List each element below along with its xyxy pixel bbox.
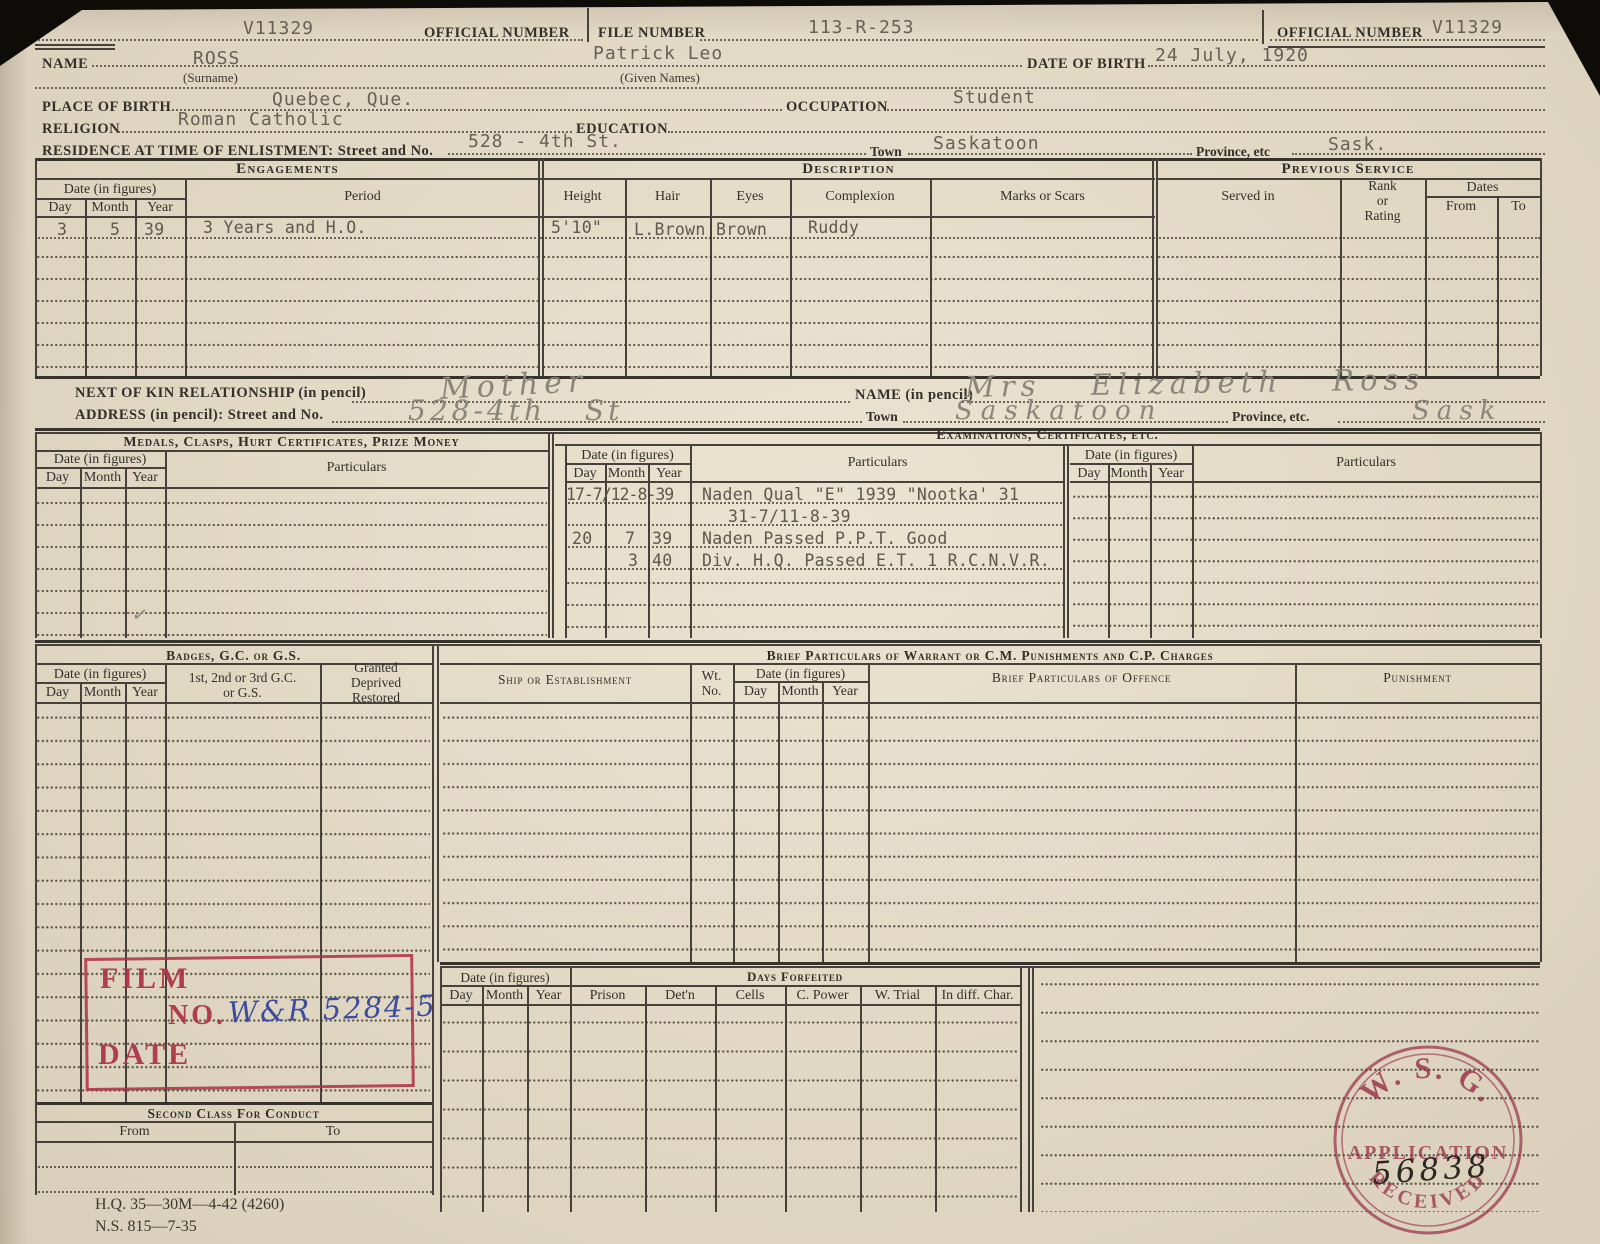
table-border bbox=[1067, 444, 1069, 638]
day-header: Day bbox=[35, 470, 80, 486]
rule bbox=[1070, 463, 1192, 465]
empty-rows bbox=[542, 246, 1154, 376]
rule bbox=[733, 681, 868, 683]
table-border bbox=[35, 1102, 37, 1195]
day-header: Day bbox=[35, 685, 80, 701]
height-value: 5'10" bbox=[551, 218, 602, 237]
day-header: Day bbox=[733, 684, 778, 700]
dotted-line bbox=[1270, 39, 1545, 41]
month-header: Month bbox=[605, 466, 648, 482]
film-stamp-date-label: DATE bbox=[98, 1038, 191, 1072]
days-date-header: Date (in figures) bbox=[440, 970, 570, 986]
month-header: Month bbox=[80, 470, 125, 486]
to-header: To bbox=[234, 1124, 432, 1140]
official-number-right-value: V11329 bbox=[1432, 17, 1503, 38]
empty-rows bbox=[1157, 246, 1540, 376]
table-border bbox=[1063, 444, 1065, 638]
wsg-stamp: W. S. G. APPLICATION RECEIVED bbox=[1328, 1040, 1528, 1240]
file-number-value: 113-R-253 bbox=[808, 17, 915, 38]
scanned-service-record: V11329 OFFICIAL NUMBER FILE NUMBER 113-R… bbox=[0, 0, 1600, 1244]
wt-no-header: Wt. No. bbox=[690, 668, 733, 698]
year-header: Year bbox=[822, 684, 868, 700]
in-diff-char-header: In diff. Char. bbox=[935, 988, 1020, 1004]
dotted-line bbox=[1156, 237, 1540, 239]
rule bbox=[35, 487, 548, 489]
divider bbox=[1262, 10, 1264, 44]
wsg-stamp-top-text: W. S. G. bbox=[1354, 1052, 1503, 1111]
occupation-value: Student bbox=[953, 87, 1036, 108]
days-forfeited-title: Days Forfeited bbox=[570, 969, 1020, 985]
complexion-value: Ruddy bbox=[808, 218, 859, 237]
empty-rows bbox=[1072, 486, 1538, 638]
table-border bbox=[432, 644, 434, 1195]
table-border bbox=[1020, 966, 1022, 1212]
table-border bbox=[1540, 432, 1542, 638]
nok-address-label: ADDRESS (in pencil): Street and No. bbox=[75, 407, 323, 424]
exam-date-header: Date (in figures) bbox=[565, 448, 690, 464]
day-header: Day bbox=[35, 200, 85, 216]
dotted-line bbox=[668, 131, 1545, 133]
rule bbox=[35, 467, 165, 469]
badges-granted-header: Granted Deprived Restored bbox=[320, 660, 432, 705]
prison-header: Prison bbox=[570, 988, 645, 1004]
form-number-line2: N.S. 815—7-35 bbox=[95, 1218, 197, 1236]
year-header: Year bbox=[125, 470, 165, 486]
year-header: Year bbox=[527, 988, 570, 1004]
to-header: To bbox=[1497, 199, 1540, 215]
empty-rows bbox=[442, 706, 1538, 960]
religion-value: Roman Catholic bbox=[178, 109, 344, 130]
year-header: Year bbox=[125, 685, 165, 701]
rule bbox=[35, 644, 1540, 646]
rule bbox=[565, 463, 690, 465]
badges-date-header: Date (in figures) bbox=[35, 667, 165, 683]
form-number-line1: H.Q. 35—30M—4-42 (4260) bbox=[95, 1196, 284, 1214]
dotted-line bbox=[565, 546, 1065, 548]
rule bbox=[1268, 46, 1545, 48]
given-names-value: Patrick Leo bbox=[593, 43, 723, 64]
rule bbox=[1070, 481, 1540, 483]
date-of-birth-label: DATE OF BIRTH bbox=[1027, 56, 1146, 73]
punishment-header: Punishment bbox=[1295, 670, 1540, 686]
film-stamp-no-label: NO. bbox=[168, 1000, 226, 1032]
detention-header: Det'n bbox=[645, 988, 715, 1004]
rule bbox=[440, 985, 570, 987]
empty-rows bbox=[36, 492, 547, 638]
film-number-value: W&R 5284-5 bbox=[227, 988, 437, 1029]
given-names-caption: (Given Names) bbox=[620, 70, 700, 86]
rank-header: Rank or Rating bbox=[1340, 178, 1425, 223]
year-header: Year bbox=[135, 200, 185, 216]
rule bbox=[565, 481, 1065, 483]
svg-text:W. S. G.: W. S. G. bbox=[1354, 1052, 1503, 1111]
nok-relationship-label: NEXT OF KIN RELATIONSHIP (in pencil) bbox=[75, 385, 366, 402]
dotted-line bbox=[540, 237, 1155, 239]
paper-sheet: V11329 OFFICIAL NUMBER FILE NUMBER 113-R… bbox=[0, 0, 1600, 1244]
divider bbox=[587, 8, 589, 42]
dotted-line bbox=[35, 1191, 432, 1193]
rule bbox=[440, 966, 1540, 968]
description-title: Description bbox=[542, 161, 1155, 178]
dates-header: Dates bbox=[1425, 180, 1540, 196]
marks-header: Marks or Scars bbox=[930, 189, 1155, 205]
residence-value: 528 - 4th St. bbox=[468, 131, 622, 152]
month-header: Month bbox=[80, 685, 125, 701]
month-header: Month bbox=[1108, 466, 1150, 482]
dotted-line bbox=[565, 568, 1065, 570]
medals-date-header: Date (in figures) bbox=[35, 452, 165, 468]
complexion-header: Complexion bbox=[790, 189, 930, 205]
served-in-header: Served in bbox=[1156, 189, 1340, 205]
dotted-line bbox=[35, 1166, 432, 1168]
engagements-date-header: Date (in figures) bbox=[35, 182, 185, 198]
table-border bbox=[437, 644, 439, 962]
engagements-title: Engagements bbox=[35, 161, 540, 178]
rule bbox=[440, 702, 1540, 704]
hair-header: Hair bbox=[625, 189, 710, 205]
rule bbox=[540, 178, 1155, 180]
month-header: Month bbox=[482, 988, 527, 1004]
table-border bbox=[1152, 158, 1154, 376]
table-border bbox=[1032, 966, 1034, 1212]
occupation-label: OCCUPATION bbox=[786, 99, 888, 116]
dotted-line bbox=[35, 237, 540, 239]
table-border bbox=[1028, 966, 1030, 1212]
dotted-line bbox=[908, 153, 1192, 155]
year-header: Year bbox=[648, 466, 690, 482]
table-border bbox=[548, 432, 550, 638]
file-number-label: FILE NUMBER bbox=[598, 25, 705, 42]
exam-particulars-header: Particulars bbox=[690, 455, 1065, 471]
w-trial-header: W. Trial bbox=[860, 988, 935, 1004]
rule bbox=[35, 682, 165, 684]
exam-particulars-header: Particulars bbox=[1192, 455, 1540, 471]
from-header: From bbox=[35, 1124, 234, 1140]
dotted-line bbox=[884, 109, 1545, 111]
rule bbox=[440, 962, 1540, 965]
nok-address-value: 528-4th St bbox=[408, 394, 623, 427]
official-number-value: V11329 bbox=[243, 18, 314, 39]
rule bbox=[35, 48, 115, 50]
day-header: Day bbox=[565, 466, 605, 482]
dotted-line bbox=[565, 502, 1065, 504]
badges-gc-header: 1st, 2nd or 3rd G.C. or G.S. bbox=[165, 670, 320, 700]
empty-rows bbox=[442, 1008, 1018, 1212]
official-number-label: OFFICIAL NUMBER bbox=[424, 25, 570, 42]
dotted-line bbox=[700, 39, 1258, 41]
from-header: From bbox=[1425, 199, 1497, 215]
month-header: Month bbox=[778, 684, 822, 700]
dotted-line bbox=[1148, 65, 1545, 67]
place-of-birth-label: PLACE OF BIRTH bbox=[42, 99, 171, 116]
period-header: Period bbox=[185, 189, 540, 205]
column-line bbox=[234, 1121, 236, 1195]
film-stamp-film-label: FILM bbox=[100, 962, 190, 996]
rule bbox=[35, 44, 115, 46]
name-label: NAME bbox=[42, 56, 88, 73]
nok-town-label: Town bbox=[866, 409, 898, 425]
dotted-line bbox=[35, 87, 1545, 89]
table-border bbox=[552, 432, 554, 638]
engagement-period: 3 Years and H.O. bbox=[203, 218, 367, 237]
rule bbox=[35, 640, 1540, 643]
dotted-line bbox=[92, 65, 1022, 67]
warrant-title: Brief Particulars of Warrant or C.M. Pun… bbox=[440, 648, 1540, 664]
empty-rows bbox=[566, 572, 1063, 638]
dotted-line bbox=[565, 524, 1065, 526]
day-header: Day bbox=[1070, 466, 1108, 482]
dotted-line bbox=[1292, 153, 1545, 155]
eyes-header: Eyes bbox=[710, 189, 790, 205]
offence-header: Brief Particulars of Offence bbox=[868, 670, 1295, 686]
rule bbox=[440, 663, 1540, 665]
date-of-birth-value: 24 July, 1920 bbox=[1155, 45, 1309, 66]
day-header: Day bbox=[440, 988, 482, 1004]
c-power-header: C. Power bbox=[785, 988, 860, 1004]
table-border bbox=[1540, 158, 1542, 376]
empty-rows bbox=[36, 246, 539, 376]
month-header: Month bbox=[85, 200, 135, 216]
table-border bbox=[1540, 644, 1542, 962]
place-of-birth-value: Quebec, Que. bbox=[272, 89, 414, 110]
medals-particulars-header: Particulars bbox=[165, 460, 548, 476]
ship-header: Ship or Establishment bbox=[440, 672, 690, 688]
religion-label: RELIGION bbox=[42, 121, 120, 138]
warrant-date-header: Date (in figures) bbox=[733, 666, 868, 682]
rule bbox=[35, 702, 432, 704]
rule bbox=[1425, 196, 1540, 198]
nok-province-label: Province, etc. bbox=[1232, 409, 1309, 425]
rule bbox=[35, 178, 540, 180]
dotted-line bbox=[448, 153, 866, 155]
rule bbox=[35, 1102, 432, 1105]
province-value: Sask. bbox=[1328, 134, 1387, 155]
height-header: Height bbox=[540, 189, 625, 205]
cells-header: Cells bbox=[715, 988, 785, 1004]
medals-title: Medals, Clasps, Hurt Certificates, Prize… bbox=[35, 435, 548, 451]
second-class-title: Second Class For Conduct bbox=[35, 1106, 432, 1122]
pencil-check-mark: ✓ bbox=[130, 603, 149, 628]
previous-service-title: Previous Service bbox=[1156, 161, 1540, 178]
examinations-title: Examinations, Certificates, etc. bbox=[555, 428, 1540, 444]
nok-town-value: Saskatoon bbox=[955, 396, 1163, 426]
town-value: Saskatoon bbox=[933, 133, 1040, 154]
nok-province-value: Sask bbox=[1412, 396, 1502, 426]
surname-caption: (Surname) bbox=[183, 70, 238, 86]
year-header: Year bbox=[1150, 466, 1192, 482]
rule bbox=[570, 985, 1020, 987]
rule bbox=[555, 444, 1540, 446]
exam-date-header: Date (in figures) bbox=[1070, 448, 1192, 464]
